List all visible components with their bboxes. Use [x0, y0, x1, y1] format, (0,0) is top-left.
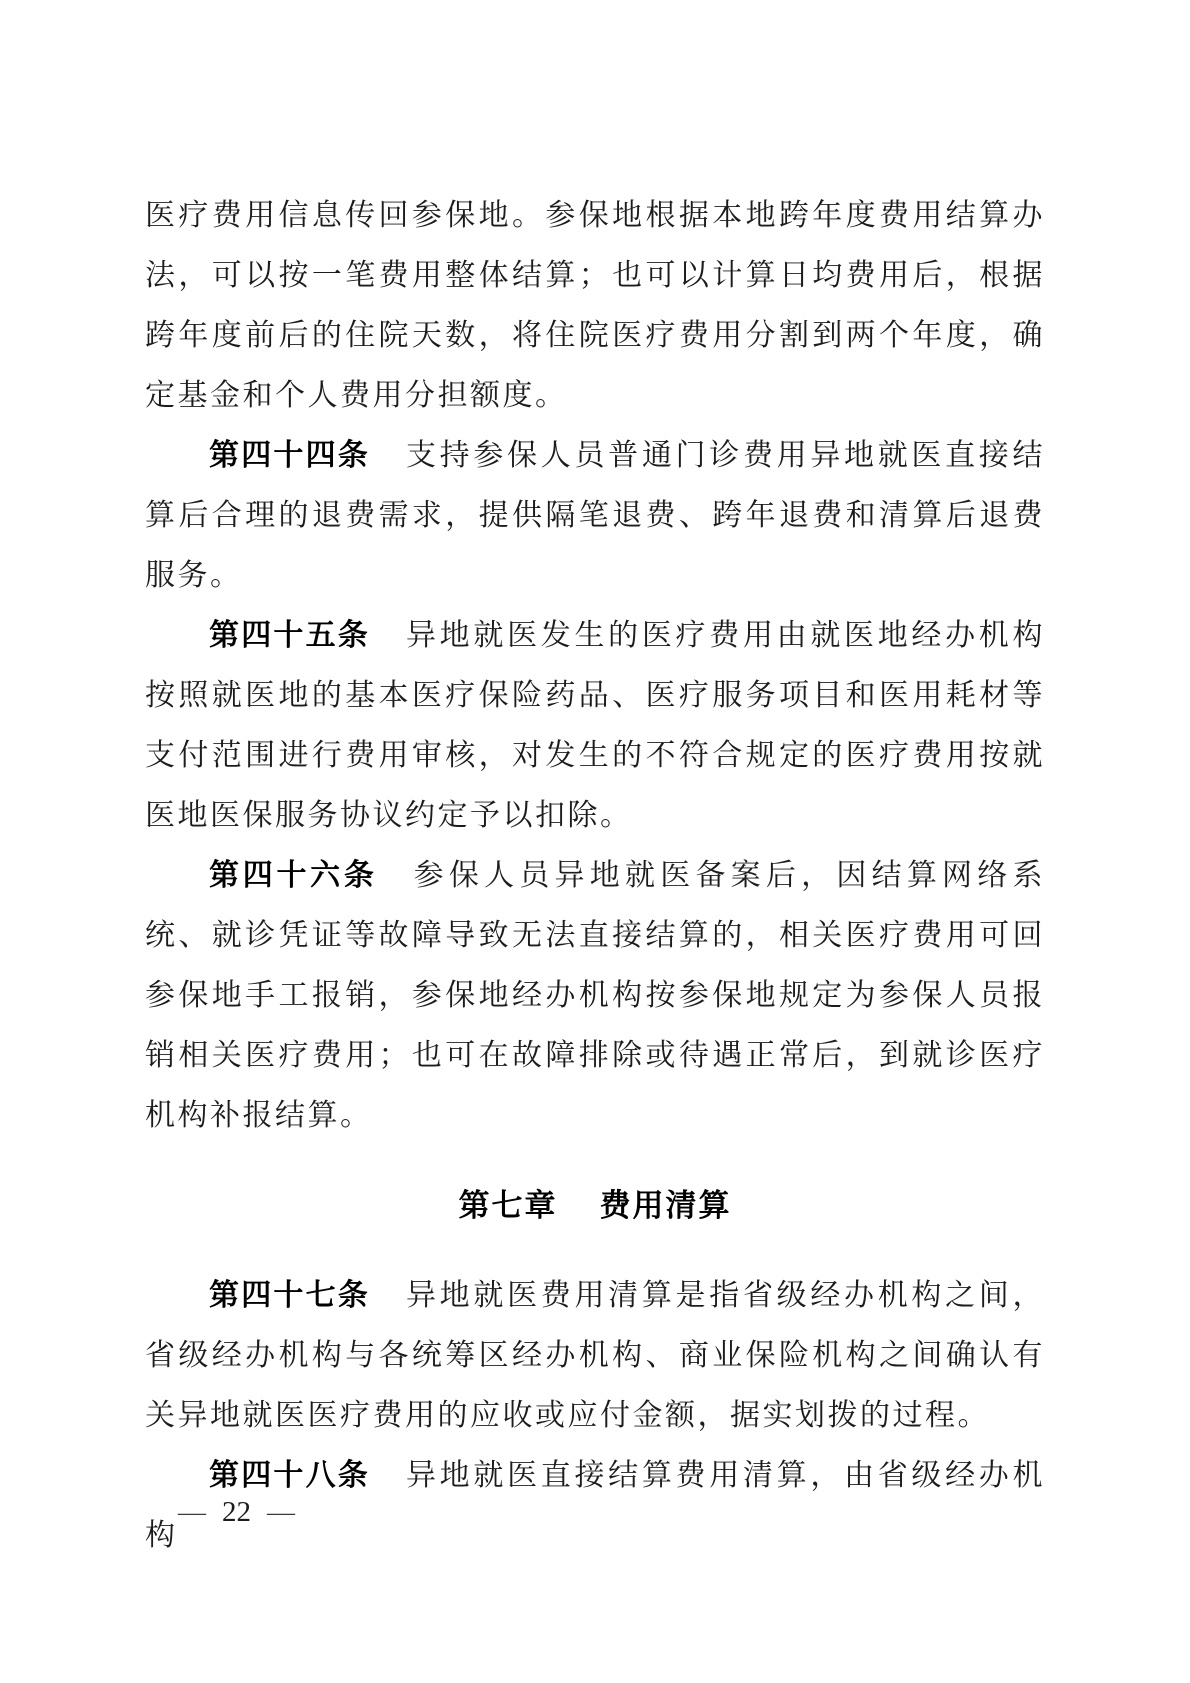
paragraph-continuation: 医疗费用信息传回参保地。参保地根据本地跨年度费用结算办法，可以按一笔费用整体结算… — [145, 186, 1045, 426]
article-47: 第四十七条异地就医费用清算是指省级经办机构之间，省级经办机构与各统筹区经办机构、… — [145, 1266, 1045, 1446]
article-46: 第四十六条参保人员异地就医备案后，因结算网络系统、就诊凭证等故障导致无法直接结算… — [145, 846, 1045, 1146]
article-44: 第四十四条支持参保人员普通门诊费用异地就医直接结算后合理的退费需求，提供隔笔退费… — [145, 426, 1045, 606]
page-footer: — 22 — — [178, 1496, 295, 1529]
article-45: 第四十五条异地就医发生的医疗费用由就医地经办机构按照就医地的基本医疗保险药品、医… — [145, 606, 1045, 846]
article-45-label: 第四十五条 — [209, 619, 370, 652]
document-body: 医疗费用信息传回参保地。参保地根据本地跨年度费用结算办法，可以按一笔费用整体结算… — [145, 186, 1045, 1566]
article-48-label: 第四十八条 — [209, 1459, 370, 1492]
article-46-text: 参保人员异地就医备案后，因结算网络系统、就诊凭证等故障导致无法直接结算的，相关医… — [145, 859, 1045, 1132]
article-47-label: 第四十七条 — [209, 1279, 370, 1312]
document-page: 医疗费用信息传回参保地。参保地根据本地跨年度费用结算办法，可以按一笔费用整体结算… — [0, 0, 1190, 1683]
article-44-label: 第四十四条 — [209, 439, 370, 472]
paragraph-text: 医疗费用信息传回参保地。参保地根据本地跨年度费用结算办法，可以按一笔费用整体结算… — [145, 199, 1045, 412]
footer-dash-left: — — [178, 1499, 206, 1526]
chapter-title: 费用清算 — [600, 1188, 732, 1223]
chapter-number: 第七章 — [459, 1188, 558, 1223]
chapter-heading: 第七章费用清算 — [145, 1176, 1045, 1236]
footer-dash-right: — — [267, 1499, 295, 1526]
article-46-label: 第四十六条 — [209, 859, 378, 892]
page-number: 22 — [222, 1496, 251, 1529]
